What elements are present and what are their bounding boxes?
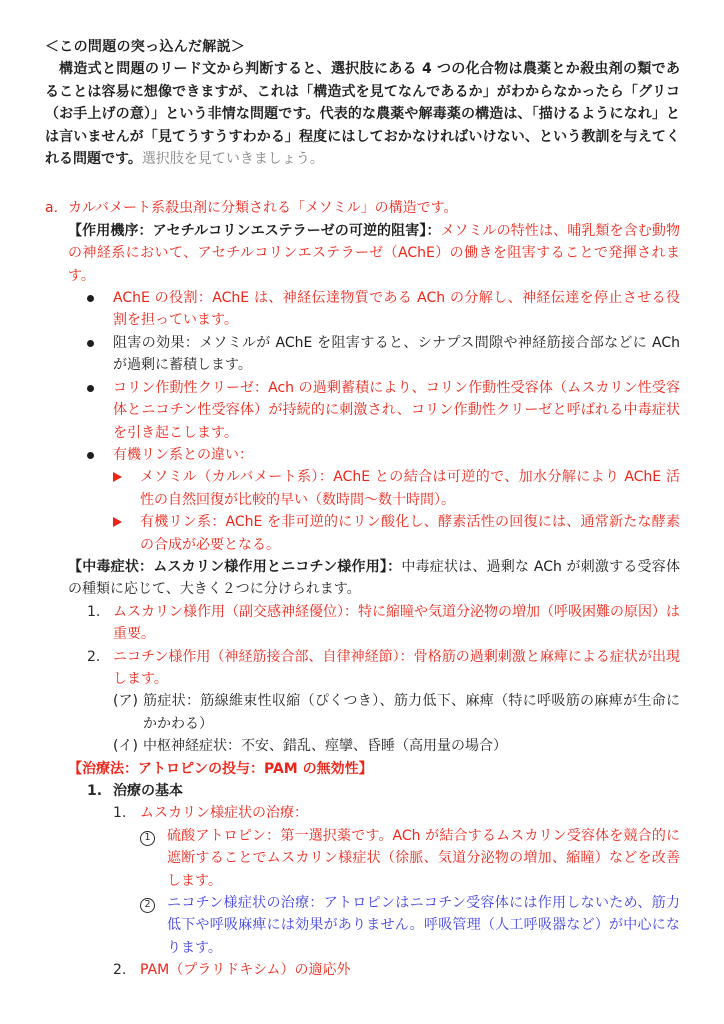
circled-number-icon: 2 — [140, 892, 167, 914]
document-page: ＜この問題の突っ込んだ解説＞ 構造式と問題のリード文から判断すると、選択肢にある… — [0, 0, 724, 1024]
mechanism-section: 【作用機序：アセチルコリンエステラーゼの可逆的阻害】：メソミルの特性は、哺乳類を… — [68, 220, 680, 287]
circled-item-text: ニコチン様症状の治療：アトロピンはニコチン受容体には作用しないため、筋力低下や呼… — [167, 892, 680, 959]
bullet-text: AChE の役割：AChE は、神経伝達物質である ACh の分解し、神経伝達を… — [113, 287, 680, 332]
intro-main-text: 構造式と問題のリード文から判断すると、選択肢にある 4 つの化合物は農薬とか殺虫… — [45, 61, 680, 167]
intro-paragraph: 構造式と問題のリード文から判断すると、選択肢にある 4 つの化合物は農薬とか殺虫… — [45, 58, 680, 170]
pam-text: PAM（プラリドキシム）の適応外 — [140, 959, 680, 981]
arrow-text: メソミル（カルバメート系）：AChE との結合は可逆的で、加水分解により ACh… — [140, 466, 680, 511]
symptom-text: ムスカリン様作用（副交感神経優位）：特に縮瞳や気道分泌物の増加（呼吸困難の原因）… — [113, 601, 680, 646]
katakana-marker: (イ) — [113, 735, 143, 757]
bullet-icon — [87, 287, 113, 302]
bullet-item-inhibition-effect: 阻害の効果：メソミルが AChE を阻害すると、シナプス間隙や神経筋接合部などに… — [87, 332, 680, 377]
list-number: 2. — [113, 959, 140, 981]
katakana-text: 筋症状：筋線維束性収縮（ぴくつき）、筋力低下、麻痺（特に呼吸筋の麻痺が生命にかか… — [143, 690, 680, 735]
muscarinic-treatment-text: ムスカリン様症状の治療： — [140, 802, 680, 824]
muscarinic-treatment-heading: 1. ムスカリン様症状の治療： — [113, 802, 680, 824]
pam-item: 2. PAM（プラリドキシム）の適応外 — [113, 959, 680, 981]
intro-tail-text: 選択肢を見ていきましょう。 — [142, 151, 324, 167]
treatment-header: 【治療法：アトロピンの投与：PAM の無効性】 — [68, 758, 680, 780]
bullet-text: コリン作動性クリーゼ：Ach の過剰蓄積により、コリン作動性受容体（ムスカリン性… — [113, 377, 680, 444]
bullet-icon — [87, 444, 113, 459]
katakana-item-muscle: (ア) 筋症状：筋線維束性収縮（ぴくつき）、筋力低下、麻痺（特に呼吸筋の麻痺が生… — [113, 690, 680, 735]
arrow-text: 有機リン系：AChE を非可逆的にリン酸化し、酵素活性の回復には、通常新たな酵素… — [140, 511, 680, 556]
symptoms-label: 【中毒症状：ムスカリン様作用とニコチン様作用】： — [68, 559, 401, 575]
symptom-text: ニコチン様作用（神経筋接合部、自律神経節）：骨格筋の過剰刺激と麻痺による症状が出… — [113, 646, 680, 691]
list-number: 1. — [113, 802, 140, 824]
circled-number-icon: 1 — [140, 825, 167, 847]
list-number: 1. — [87, 780, 113, 802]
arrowhead-icon — [113, 511, 140, 527]
katakana-item-cns: (イ) 中枢神経症状：不安、錯乱、痙攣、昏睡（高用量の場合） — [113, 735, 680, 757]
bullet-text: 有機リン系との違い： — [113, 444, 680, 466]
symptom-item-muscarinic: 1. ムスカリン様作用（副交感神経優位）：特に縮瞳や気道分泌物の増加（呼吸困難の… — [87, 601, 680, 646]
bullet-item-cholinergic-crisis: コリン作動性クリーゼ：Ach の過剰蓄積により、コリン作動性受容体（ムスカリン性… — [87, 377, 680, 444]
circled-item-nicotinic-care: 2 ニコチン様症状の治療：アトロピンはニコチン受容体には作用しないため、筋力低下… — [140, 892, 680, 959]
page-title: ＜この問題の突っ込んだ解説＞ — [45, 36, 680, 58]
bullet-item-organophosphate-difference: 有機リン系との違い： — [87, 444, 680, 466]
option-a-text: カルバメート系殺虫剤に分類される「メソミル」の構造です。 — [68, 197, 680, 219]
symptom-item-nicotinic: 2. ニコチン様作用（神経筋接合部、自律神経節）：骨格筋の過剰刺激と麻痺による症… — [87, 646, 680, 691]
arrow-item-organophosphate: 有機リン系：AChE を非可逆的にリン酸化し、酵素活性の回復には、通常新たな酵素… — [113, 511, 680, 556]
bullet-icon — [87, 332, 113, 347]
circled-item-text: 硫酸アトロピン：第一選択薬です。ACh が結合するムスカリン受容体を競合的に遮断… — [167, 825, 680, 892]
arrow-item-methomyl: メソミル（カルバメート系）：AChE との結合は可逆的で、加水分解により ACh… — [113, 466, 680, 511]
katakana-text: 中枢神経症状：不安、錯乱、痙攣、昏睡（高用量の場合） — [143, 735, 680, 757]
option-a-heading: a. カルバメート系殺虫剤に分類される「メソミル」の構造です。 — [45, 197, 680, 219]
treatment-basics-heading: 1. 治療の基本 — [87, 780, 680, 802]
bullet-item-ache-role: AChE の役割：AChE は、神経伝達物質である ACh の分解し、神経伝達を… — [87, 287, 680, 332]
list-number: 1. — [87, 601, 113, 623]
symptoms-section: 【中毒症状：ムスカリン様作用とニコチン様作用】：中毒症状は、過剰な ACh が刺… — [68, 556, 680, 601]
arrowhead-icon — [113, 466, 140, 482]
option-a-marker: a. — [45, 197, 68, 219]
mechanism-label: 【作用機序：アセチルコリンエステラーゼの可逆的阻害】： — [68, 223, 441, 239]
katakana-marker: (ア) — [113, 690, 143, 712]
circled-item-atropine: 1 硫酸アトロピン：第一選択薬です。ACh が結合するムスカリン受容体を競合的に… — [140, 825, 680, 892]
bullet-text: 阻害の効果：メソミルが AChE を阻害すると、シナプス間隙や神経筋接合部などに… — [113, 332, 680, 377]
treatment-basics-text: 治療の基本 — [113, 780, 680, 802]
list-number: 2. — [87, 646, 113, 668]
bullet-icon — [87, 377, 113, 392]
